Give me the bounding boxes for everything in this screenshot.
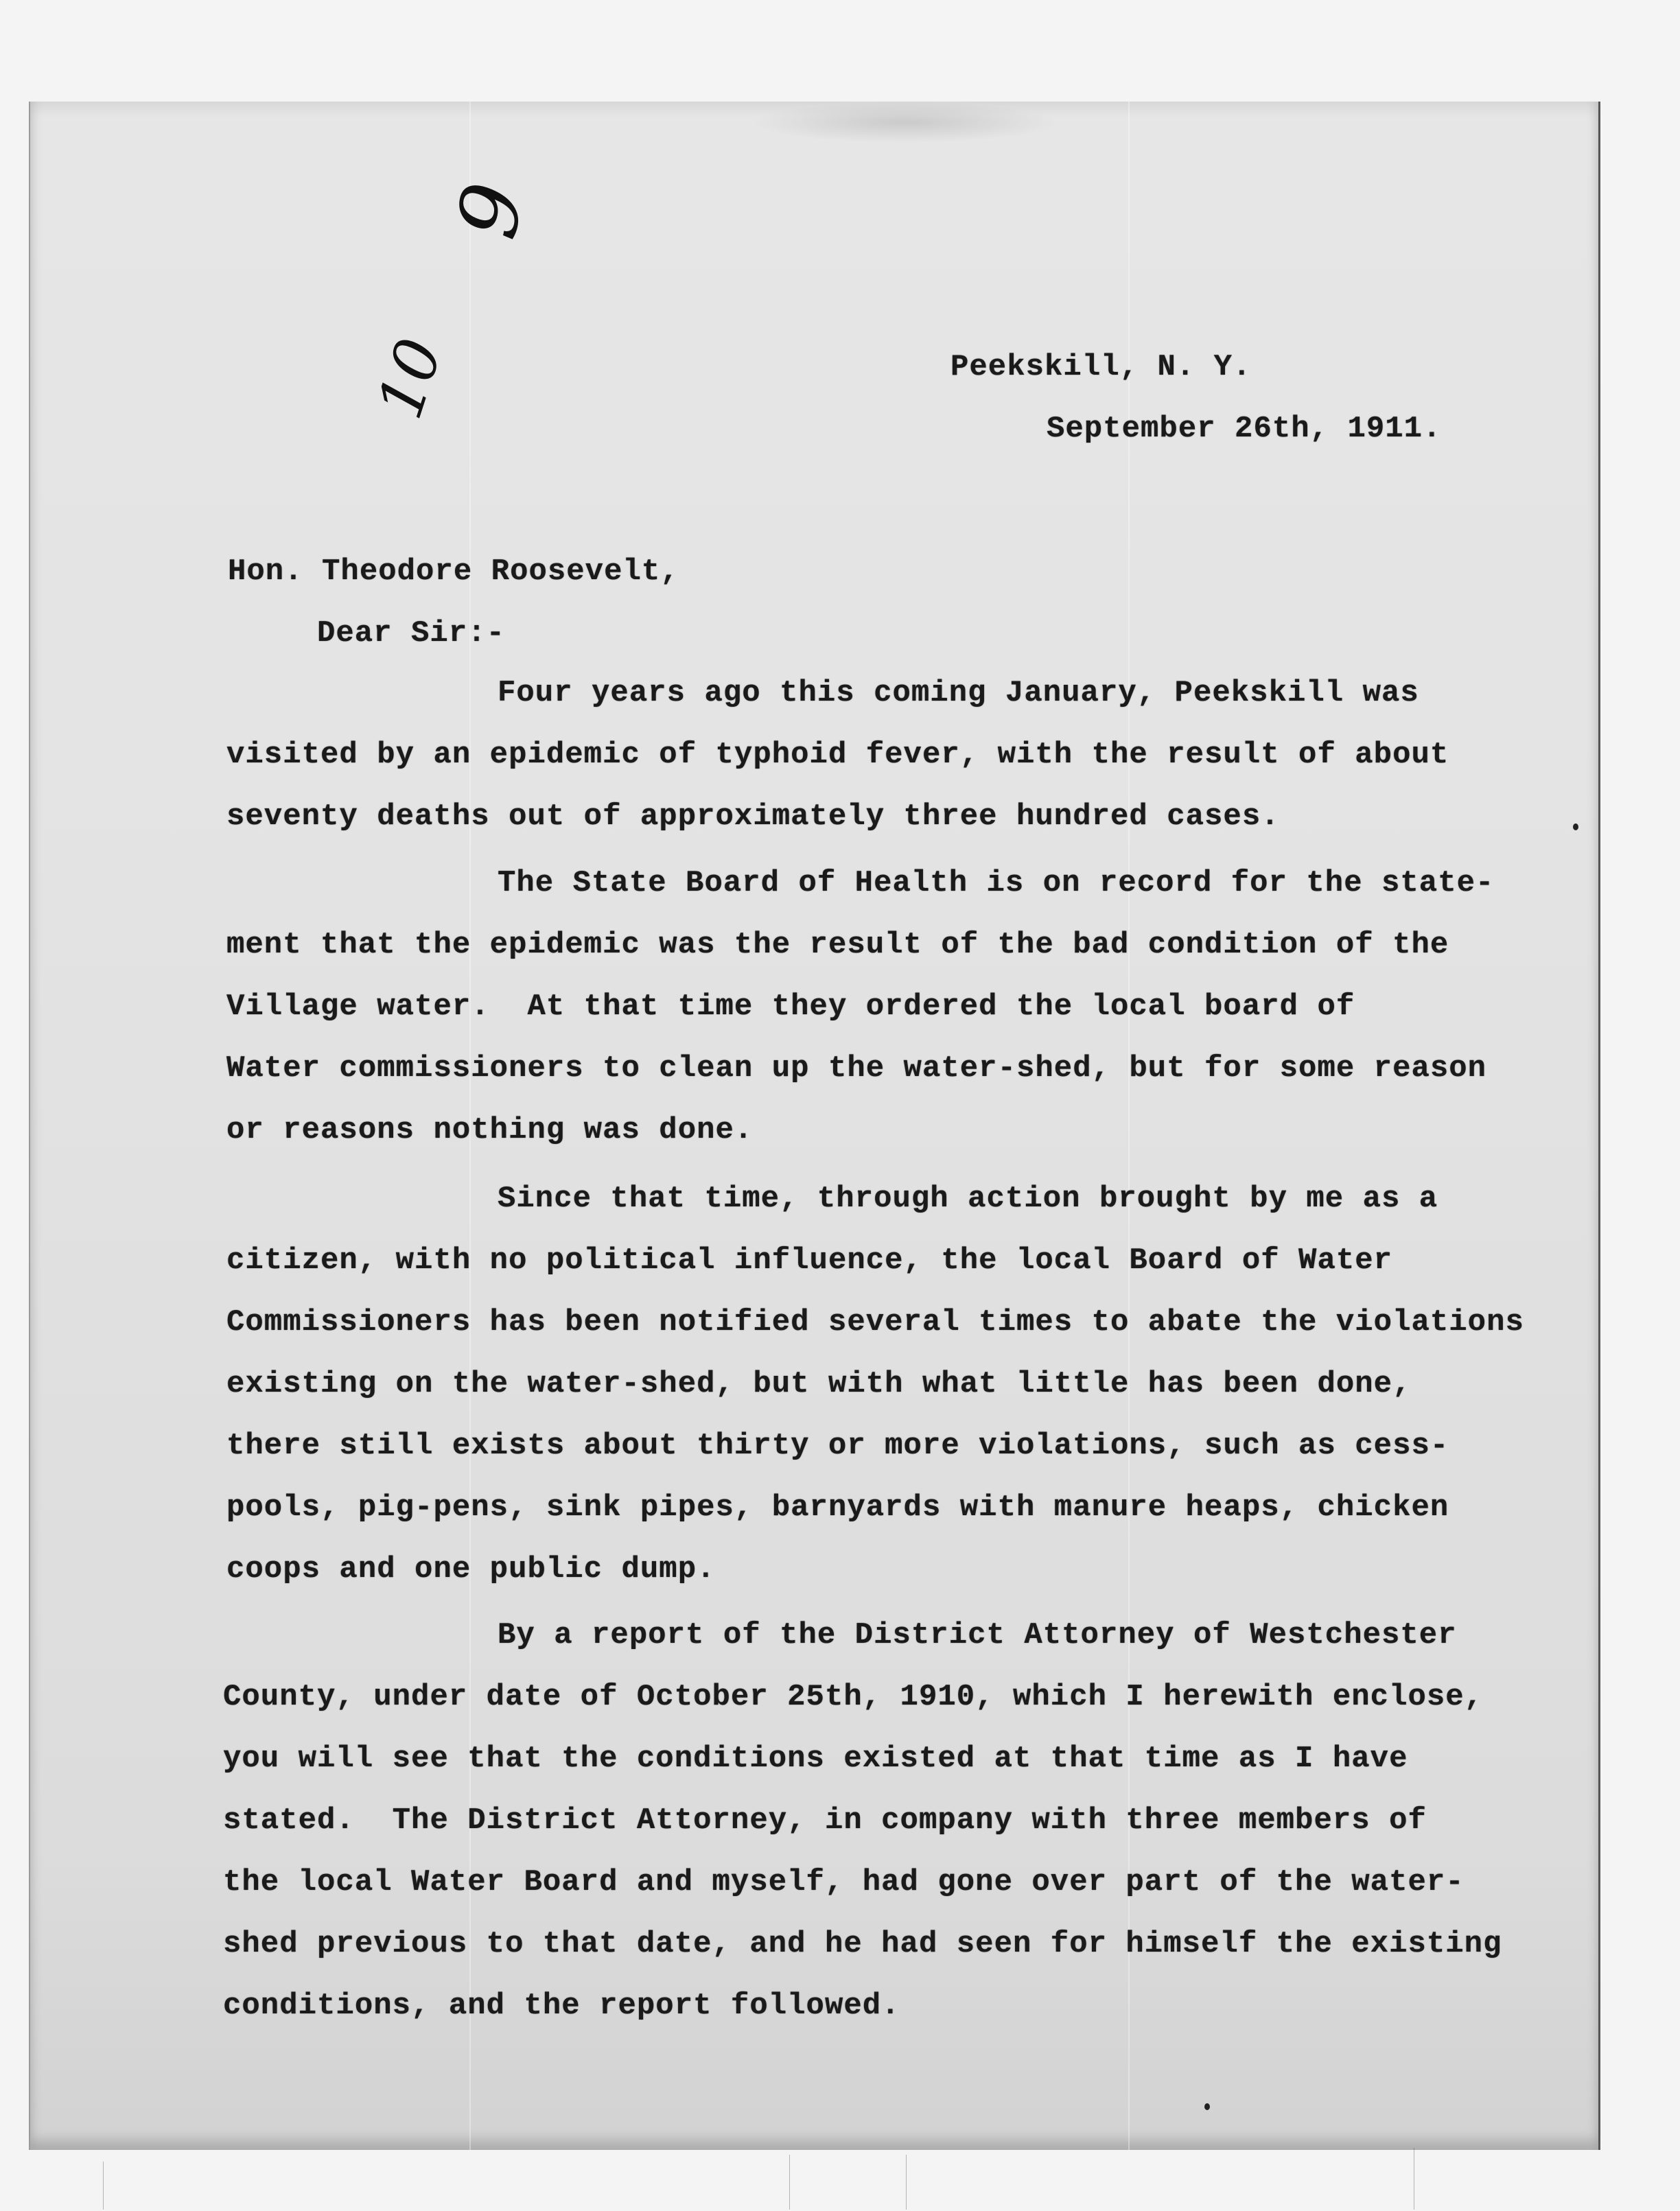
body-line: Since that time, through action brought … [498, 1182, 1438, 1216]
ink-speck [1573, 823, 1578, 830]
body-line: you will see that the conditions existed… [223, 1742, 1408, 1776]
body-line: Four years ago this coming January, Peek… [498, 676, 1419, 710]
body-line: citizen, with no political influence, th… [226, 1243, 1392, 1278]
film-scratch [1414, 2148, 1414, 2210]
film-scratch [906, 2155, 907, 2210]
body-line: pools, pig-pens, sink pipes, barnyards w… [226, 1490, 1449, 1525]
paper-crease [1128, 102, 1130, 2150]
body-line: visited by an epidemic of typhoid fever,… [226, 738, 1449, 772]
body-line: ment that the epidemic was the result of… [226, 928, 1449, 962]
body-line: By a report of the District Attorney of … [498, 1618, 1457, 1652]
body-line: or reasons nothing was done. [226, 1113, 753, 1147]
body-line: coops and one public dump. [226, 1552, 716, 1587]
body-line: there still exists about thirty or more … [226, 1429, 1449, 1463]
letter-place: Peekskill, N. Y. [950, 350, 1251, 384]
body-line: the local Water Board and myself, had go… [223, 1865, 1465, 1899]
film-scratch [789, 2155, 790, 2210]
letter-recipient: Hon. Theodore Roosevelt, [228, 554, 679, 589]
body-line: The State Board of Health is on record f… [498, 866, 1494, 900]
body-line: Village water. At that time they ordered… [226, 990, 1355, 1024]
film-scratch [103, 2162, 104, 2210]
body-line: Commissioners has been notified several … [226, 1305, 1524, 1340]
body-line: shed previous to that date, and he had s… [223, 1927, 1502, 1961]
body-line: County, under date of October 25th, 1910… [223, 1680, 1483, 1714]
body-line: seventy deaths out of approximately thre… [226, 799, 1280, 834]
letter-date: September 26th, 1911. [1047, 412, 1442, 446]
body-line: Water commissioners to clean up the wate… [226, 1051, 1486, 1086]
body-line: existing on the water-shed, but with wha… [226, 1367, 1411, 1401]
body-line: stated. The District Attorney, in compan… [223, 1803, 1427, 1838]
paper-stain [751, 102, 1060, 143]
ink-speck [1204, 2103, 1210, 2110]
body-line: conditions, and the report followed. [223, 1989, 900, 2023]
letter-salutation: Dear Sir:- [317, 616, 505, 651]
